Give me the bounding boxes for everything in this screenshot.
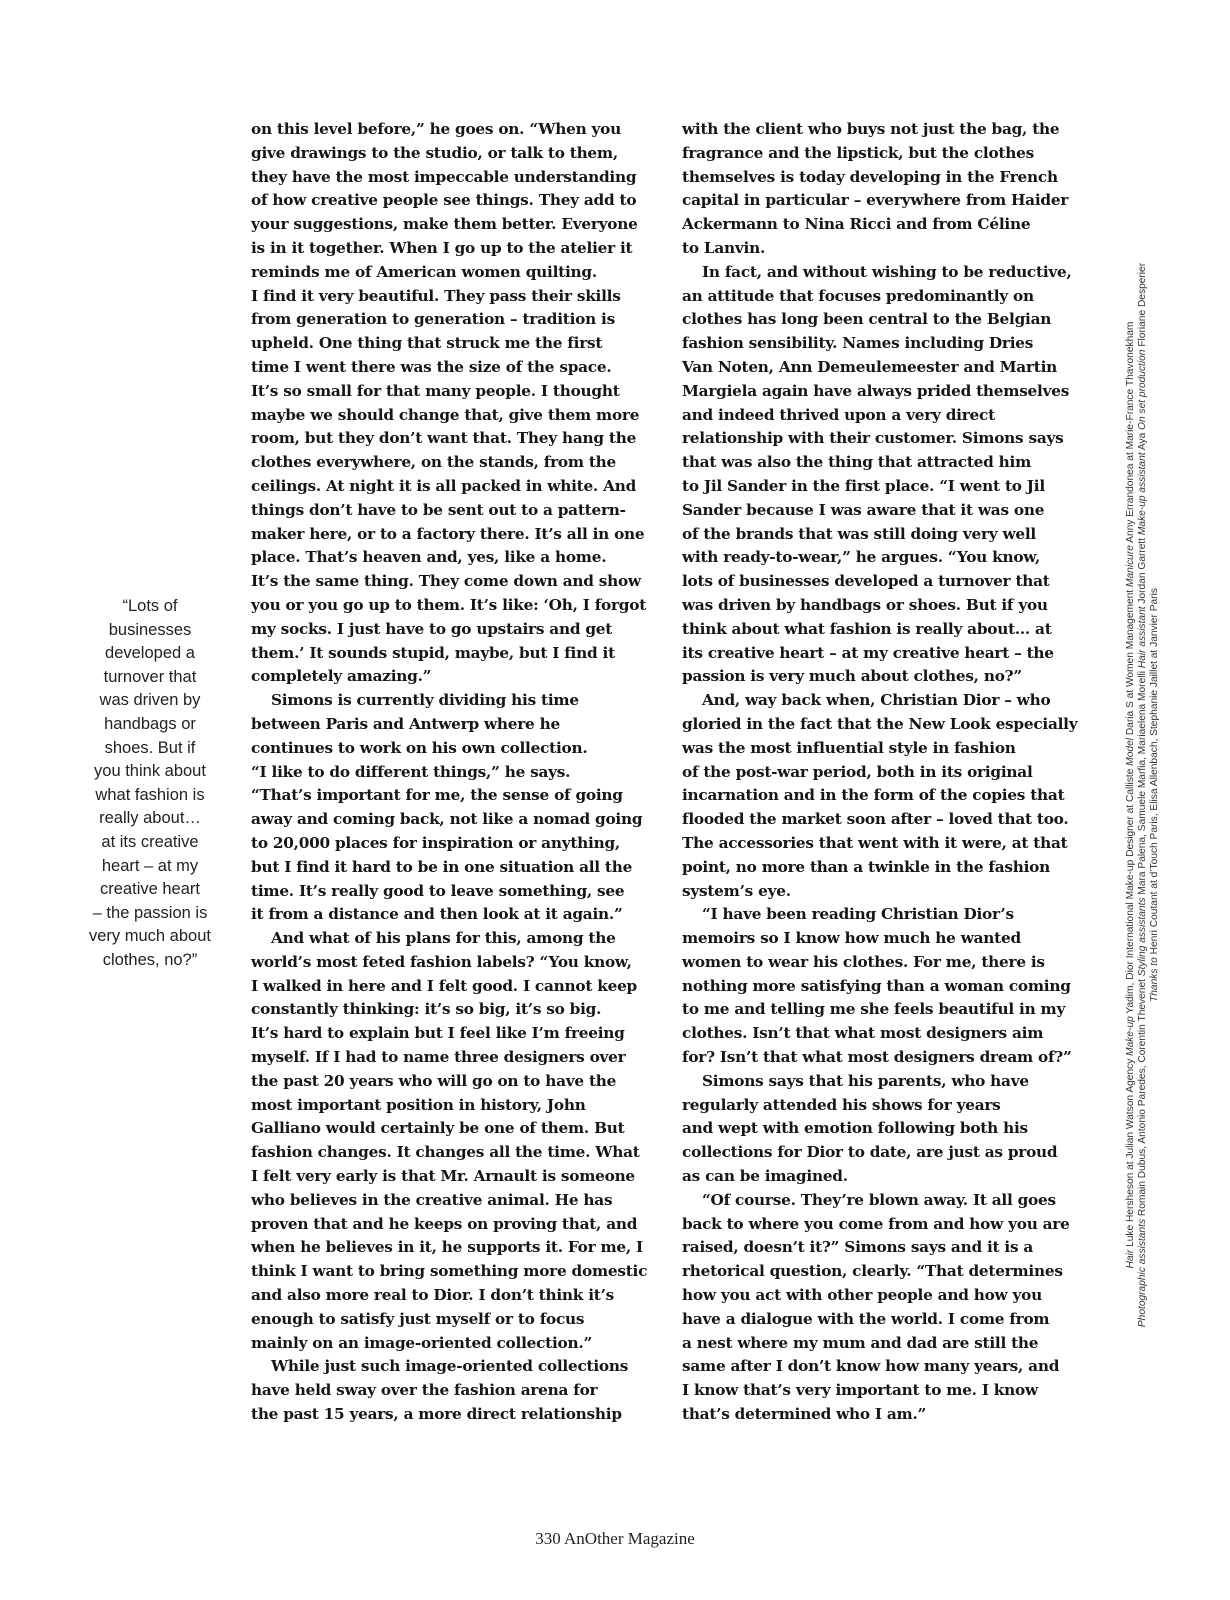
text-line: of the brands that was still doing very … [682, 523, 1112, 547]
article-column-left: on this level before,” he goes on. “When… [251, 118, 676, 1427]
credits-line-1: Hair Luke Hersheson at Julian Watson Age… [1125, 200, 1137, 1390]
text-line: Sander because I was aware that it was o… [682, 499, 1112, 523]
text-line: It’s the same thing. They come down and … [251, 570, 676, 594]
text-line: is in it together. When I go up to the a… [251, 237, 676, 261]
text-line: “Of course. They’re blown away. It all g… [682, 1189, 1112, 1213]
credit-role: Thanks to [1149, 957, 1160, 1002]
text-line: system’s eye. [682, 880, 1112, 904]
folio: 330 AnOther Magazine [535, 1529, 695, 1548]
text-line: It’s so small for that many people. I th… [251, 380, 676, 404]
page-footer: 330 AnOther Magazine [0, 1529, 1230, 1549]
pull-quote: “Lots ofbusinessesdeveloped aturnover th… [70, 595, 230, 973]
credits-line-3: Thanks to Henri Coutant at d’Touch Paris… [1149, 200, 1161, 1390]
text-line: the past 15 years, a more direct relatio… [251, 1403, 676, 1427]
credit-role: Hair assistant [1137, 606, 1148, 668]
text-line: of the post-war period, both in its orig… [682, 761, 1112, 785]
text-line: a nest where my mum and dad are still th… [682, 1332, 1112, 1356]
text-line: memoirs so I know how much he wanted [682, 927, 1112, 951]
text-line: lots of businesses developed a turnover … [682, 570, 1112, 594]
pull-quote-line: really about… [70, 807, 230, 831]
text-line: I felt very early is that Mr. Arnault is… [251, 1165, 676, 1189]
text-line: but I find it hard to be in one situatio… [251, 856, 676, 880]
photo-credits: Hair Luke Hersheson at Julian Watson Age… [1125, 200, 1161, 1390]
text-line: While just such image-oriented collectio… [251, 1355, 676, 1379]
text-line: upheld. One thing that struck me the fir… [251, 332, 676, 356]
text-line: to 20,000 places for inspiration or anyt… [251, 832, 676, 856]
pull-quote-line: turnover that [70, 666, 230, 690]
credit-role: On set production [1137, 350, 1148, 430]
text-line: fashion sensibility. Names including Dri… [682, 332, 1112, 356]
credit-role: Manicure [1125, 545, 1136, 587]
pull-quote-line: shoes. But if [70, 737, 230, 761]
text-line: It’s hard to explain but I feel like I’m… [251, 1022, 676, 1046]
text-line: it from a distance and then look at it a… [251, 903, 676, 927]
text-line: to Jil Sander in the first place. “I wen… [682, 475, 1112, 499]
text-line: fashion changes. It changes all the time… [251, 1141, 676, 1165]
pull-quote-line: was driven by [70, 689, 230, 713]
text-line: think about what fashion is really about… [682, 618, 1112, 642]
text-line: “I have been reading Christian Dior’s [682, 903, 1112, 927]
text-line: between Paris and Antwerp where he [251, 713, 676, 737]
text-line: most important position in history, John [251, 1094, 676, 1118]
text-line: constantly thinking: it’s so big, it’s s… [251, 998, 676, 1022]
text-line: place. That’s heaven and, yes, like a ho… [251, 546, 676, 570]
text-line: clothes everywhere, on the stands, from … [251, 451, 676, 475]
text-line: themselves is today developing in the Fr… [682, 166, 1112, 190]
credit-role: Make-up [1125, 1016, 1136, 1056]
text-line: myself. If I had to name three designers… [251, 1046, 676, 1070]
pull-quote-line: what fashion is [70, 784, 230, 808]
text-line: have held sway over the fashion arena fo… [251, 1379, 676, 1403]
text-line: world’s most feted fashion labels? “You … [251, 951, 676, 975]
text-line: “That’s important for me, the sense of g… [251, 784, 676, 808]
text-line: with ready-to-wear,” he argues. “You kno… [682, 546, 1112, 570]
text-line: passion is very much about clothes, no?” [682, 665, 1112, 689]
text-line: Margiela again have always prided themse… [682, 380, 1112, 404]
credit-name: Daria S at Women Management [1125, 587, 1136, 738]
text-line: to Lanvin. [682, 237, 1112, 261]
text-line: the past 20 years who will go on to have… [251, 1070, 676, 1094]
credit-name: Yadim, Dior International Make-up Design… [1125, 766, 1136, 1016]
pull-quote-line: very much about [70, 925, 230, 949]
pull-quote-line: you think about [70, 760, 230, 784]
text-line: time. It’s really good to leave somethin… [251, 880, 676, 904]
text-line: away and coming back, not like a nomad g… [251, 808, 676, 832]
text-line: point, no more than a twinkle in the fas… [682, 856, 1112, 880]
text-line: you or you go up to them. It’s like: ‘Oh… [251, 594, 676, 618]
pull-quote-line: clothes, no?” [70, 949, 230, 973]
text-line: capital in particular – everywhere from … [682, 189, 1112, 213]
text-line: that was also the thing that attracted h… [682, 451, 1112, 475]
credit-name: Aya [1137, 430, 1148, 452]
credit-name: Henri Coutant at d’Touch Paris, Elisa Al… [1149, 588, 1160, 957]
text-line: things don’t have to be sent out to a pa… [251, 499, 676, 523]
text-line: think I want to bring something more dom… [251, 1260, 676, 1284]
text-line: that’s determined who I am.” [682, 1403, 1112, 1427]
text-line: fragrance and the lipstick, but the clot… [682, 142, 1112, 166]
credit-role: Model [1125, 738, 1136, 766]
text-line: with the client who buys not just the ba… [682, 118, 1112, 142]
text-line: I find it very beautiful. They pass thei… [251, 285, 676, 309]
text-line: reminds me of American women quilting. [251, 261, 676, 285]
pull-quote-line: developed a [70, 642, 230, 666]
text-line: on this level before,” he goes on. “When… [251, 118, 676, 142]
text-line: completely amazing.” [251, 665, 676, 689]
text-line: continues to work on his own collection. [251, 737, 676, 761]
pull-quote-line: businesses [70, 619, 230, 643]
text-line: for? Isn’t that what most designers drea… [682, 1046, 1112, 1070]
credit-role: Photographic assistants [1137, 1219, 1148, 1327]
text-line: gloried in the fact that the New Look es… [682, 713, 1112, 737]
article-column-right: with the client who buys not just the ba… [682, 118, 1112, 1427]
text-line: from generation to generation – traditio… [251, 308, 676, 332]
text-line: Galliano would certainly be one of them.… [251, 1117, 676, 1141]
pull-quote-line: creative heart [70, 878, 230, 902]
text-line: same after I don’t know how many years, … [682, 1355, 1112, 1379]
text-line: was driven by handbags or shoes. But if … [682, 594, 1112, 618]
text-line: And what of his plans for this, among th… [251, 927, 676, 951]
text-line: back to where you come from and how you … [682, 1213, 1112, 1237]
credit-name: Luke Hersheson at Julian Watson Agency [1125, 1056, 1136, 1250]
text-line: clothes. Isn’t that what most designers … [682, 1022, 1112, 1046]
text-line: room, but they don’t want that. They han… [251, 427, 676, 451]
text-line: The accessories that went with it were, … [682, 832, 1112, 856]
credit-role: Make-up assistant [1137, 452, 1148, 535]
text-line: I walked in here and I felt good. I cann… [251, 975, 676, 999]
credit-name: Romain Dubus, Antonio Paredes, Corentin … [1137, 976, 1148, 1219]
text-line: of how creative people see things. They … [251, 189, 676, 213]
text-line: rhetorical question, clearly. “That dete… [682, 1260, 1112, 1284]
text-line: how you act with other people and how yo… [682, 1284, 1112, 1308]
pull-quote-line: heart – at my [70, 855, 230, 879]
text-line: women to wear his clothes. For me, there… [682, 951, 1112, 975]
text-line: as can be imagined. [682, 1165, 1112, 1189]
text-line: and indeed thrived upon a very direct [682, 404, 1112, 428]
text-line: flooded the market soon after – loved th… [682, 808, 1112, 832]
text-line: was the most influential style in fashio… [682, 737, 1112, 761]
credit-name: Jordan Garrett [1137, 535, 1148, 606]
text-line: they have the most impeccable understand… [251, 166, 676, 190]
text-line: regularly attended his shows for years [682, 1094, 1112, 1118]
text-line: enough to satisfy just myself or to focu… [251, 1308, 676, 1332]
text-line: when he believes in it, he supports it. … [251, 1236, 676, 1260]
text-line: and also more real to Dior. I don’t thin… [251, 1284, 676, 1308]
text-line: I know that’s very important to me. I kn… [682, 1379, 1112, 1403]
text-line: proven that and he keeps on proving that… [251, 1213, 676, 1237]
credit-name: Anny Errandonea at Marie-France Thavonek… [1125, 322, 1136, 546]
text-line: and wept with emotion following both his [682, 1117, 1112, 1141]
text-line: its creative heart – at my creative hear… [682, 642, 1112, 666]
text-line: time I went there was the size of the sp… [251, 356, 676, 380]
text-line: collections for Dior to date, are just a… [682, 1141, 1112, 1165]
text-line: nothing more satisfying than a woman com… [682, 975, 1112, 999]
text-line: relationship with their customer. Simons… [682, 427, 1112, 451]
text-line: incarnation and in the form of the copie… [682, 784, 1112, 808]
pull-quote-line: at its creative [70, 831, 230, 855]
credits-line-2: Photographic assistants Romain Dubus, An… [1137, 200, 1149, 1390]
credit-role: Styling assistants [1137, 897, 1148, 976]
text-line: clothes has long been central to the Bel… [682, 308, 1112, 332]
text-line: “I like to do different things,” he says… [251, 761, 676, 785]
text-line: my socks. I just have to go upstairs and… [251, 618, 676, 642]
text-line: have a dialogue with the world. I come f… [682, 1308, 1112, 1332]
text-line: them.’ It sounds stupid, maybe, but I fi… [251, 642, 676, 666]
text-line: ceilings. At night it is all packed in w… [251, 475, 676, 499]
text-line: raised, doesn’t it?” Simons says and it … [682, 1236, 1112, 1260]
pull-quote-line: handbags or [70, 713, 230, 737]
text-line: to me and telling me she feels beautiful… [682, 998, 1112, 1022]
text-line: Simons is currently dividing his time [251, 689, 676, 713]
text-line: who believes in the creative animal. He … [251, 1189, 676, 1213]
credit-name: Mara Palena, Samuele Marfia, Mariaelena … [1137, 668, 1148, 897]
pull-quote-line: – the passion is [70, 902, 230, 926]
text-line: Ackermann to Nina Ricci and from Céline [682, 213, 1112, 237]
text-line: maker here, or to a factory there. It’s … [251, 523, 676, 547]
text-line: an attitude that focuses predominantly o… [682, 285, 1112, 309]
credit-name: Floriane Desperier [1137, 263, 1148, 350]
credit-role: Hair [1125, 1250, 1136, 1269]
text-line: In fact, and without wishing to be reduc… [682, 261, 1112, 285]
text-line: Simons says that his parents, who have [682, 1070, 1112, 1094]
text-line: mainly on an image-oriented collection.” [251, 1332, 676, 1356]
text-line: Van Noten, Ann Demeulemeester and Martin [682, 356, 1112, 380]
text-line: your suggestions, make them better. Ever… [251, 213, 676, 237]
text-line: maybe we should change that, give them m… [251, 404, 676, 428]
text-line: And, way back when, Christian Dior – who [682, 689, 1112, 713]
pull-quote-line: “Lots of [70, 595, 230, 619]
text-line: give drawings to the studio, or talk to … [251, 142, 676, 166]
